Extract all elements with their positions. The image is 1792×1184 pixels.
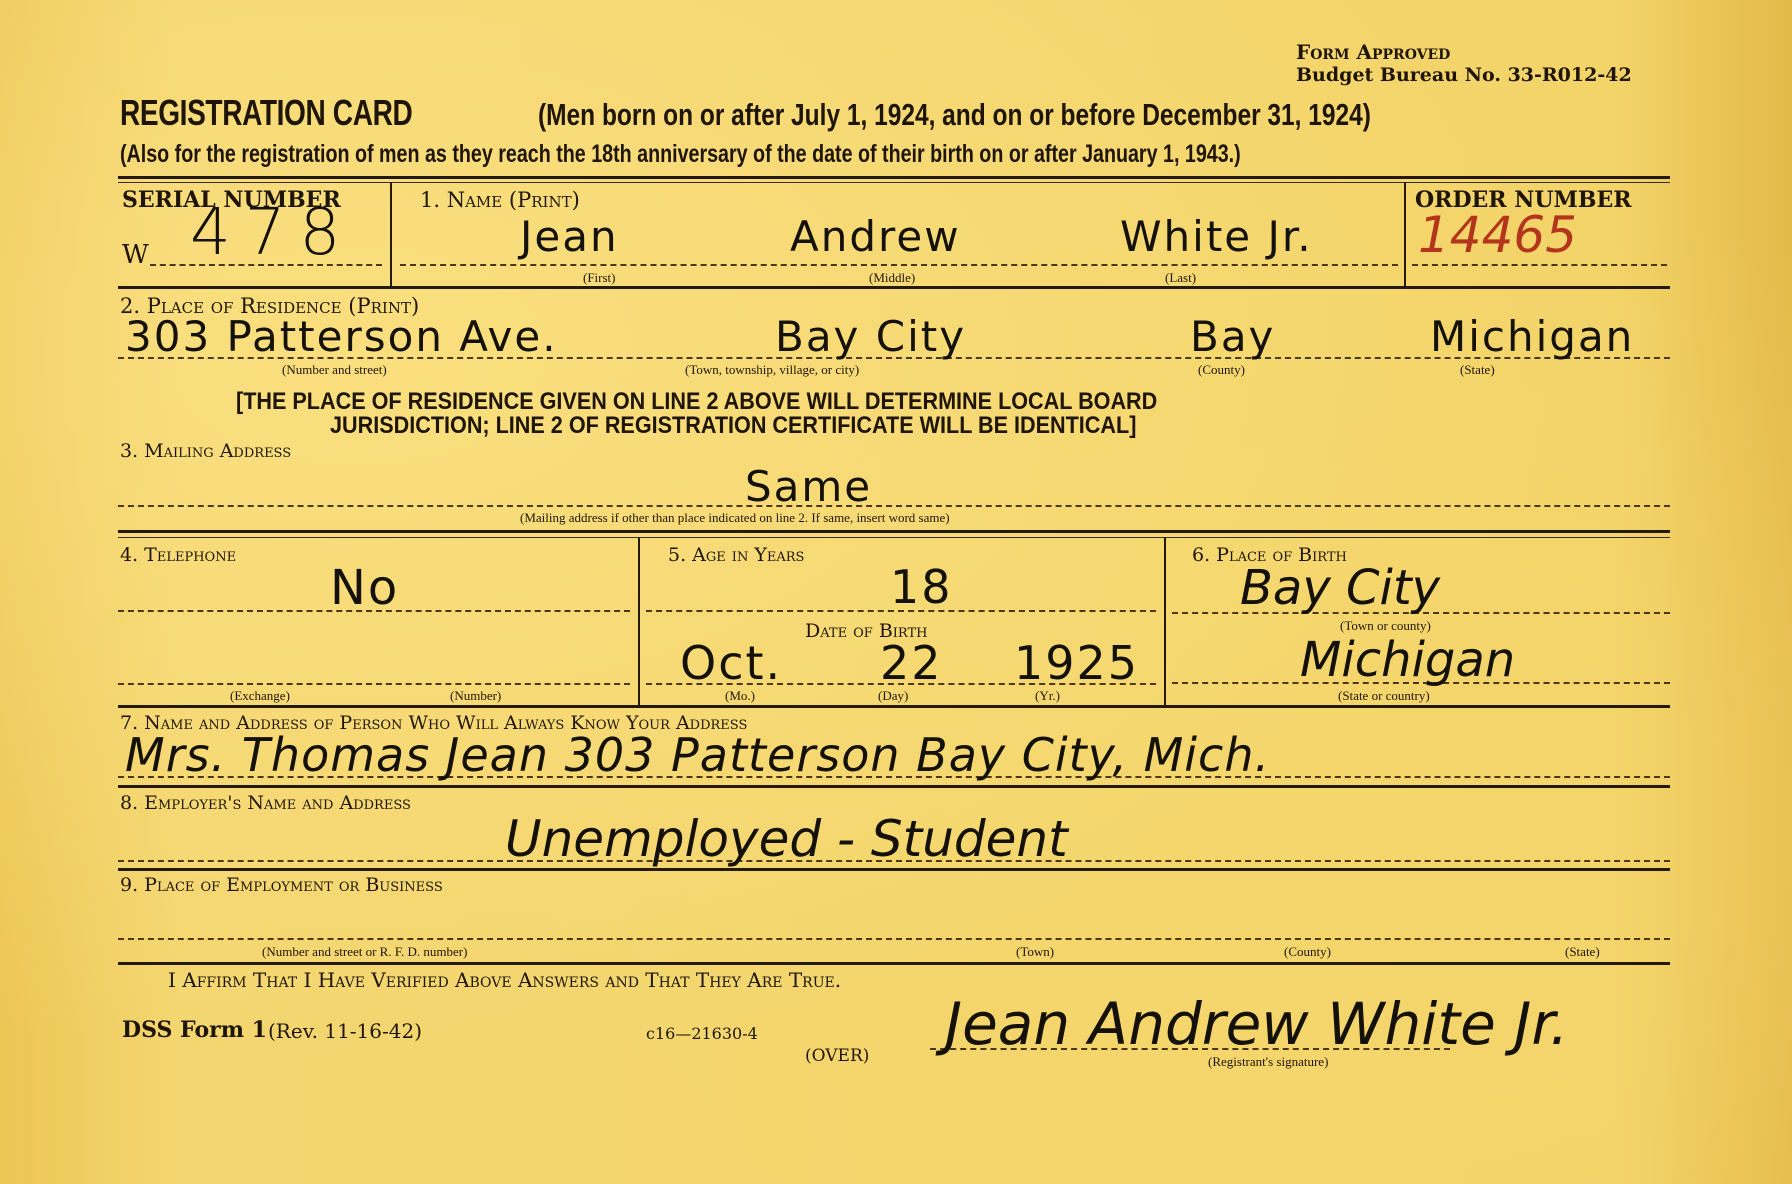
divider — [390, 182, 392, 287]
divider — [1404, 182, 1406, 287]
title-qualifier: (Men born on or after July 1, 1924, and … — [538, 97, 1371, 133]
number-caption: (Number) — [450, 688, 501, 704]
state-caption: (State) — [1460, 362, 1495, 378]
print-code: c16—21630-4 — [646, 1024, 758, 1043]
employment-state-caption: (State) — [1565, 944, 1600, 960]
telephone-value[interactable]: No — [330, 560, 399, 616]
page-title: REGISTRATION CARD — [120, 92, 412, 134]
signature-caption: (Registrant's signature) — [1208, 1054, 1328, 1070]
form-id: DSS Form 1 — [122, 1017, 267, 1043]
birth-town-value[interactable]: Bay City — [1240, 560, 1440, 616]
telephone-label: 4. Telephone — [120, 544, 236, 566]
middle-name-value[interactable]: Andrew — [790, 212, 961, 261]
residence-state-value[interactable]: Michigan — [1430, 312, 1634, 361]
mailing-address-caption: (Mailing address if other than place ind… — [520, 510, 950, 526]
serial-prefix: W — [122, 240, 149, 270]
age-label: 5. Age in Years — [668, 544, 804, 566]
affirmation-statement: I Affirm That I Have Verified Above Answ… — [168, 968, 841, 992]
contact-person-value[interactable]: Mrs. Thomas Jean 303 Patterson Bay City,… — [125, 728, 1270, 782]
form-revision: (Rev. 11-16-42) — [268, 1019, 422, 1043]
employment-county-caption: (County) — [1284, 944, 1331, 960]
street-caption: (Number and street) — [282, 362, 387, 378]
form-approved-label: Form Approved — [1296, 40, 1450, 64]
dob-year-value[interactable]: 1925 — [1014, 636, 1139, 690]
residence-city-value[interactable]: Bay City — [775, 312, 966, 361]
over-label: (OVER) — [805, 1046, 869, 1066]
birth-state-caption: (State or country) — [1338, 688, 1430, 704]
serial-number-value[interactable]: 478 — [190, 196, 354, 270]
registrant-signature[interactable]: Jean Andrew White Jr. — [945, 990, 1568, 1058]
name-label: 1. Name (Print) — [420, 188, 580, 212]
employer-label: 8. Employer's Name and Address — [120, 792, 411, 814]
residence-county-value[interactable]: Bay — [1190, 312, 1275, 361]
residence-street-value[interactable]: 303 Patterson Ave. — [125, 312, 558, 361]
place-of-employment-label: 9. Place of Employment or Business — [120, 874, 443, 896]
order-number-value[interactable]: 14465 — [1418, 206, 1577, 264]
divider — [1164, 538, 1166, 706]
day-caption: (Day) — [878, 688, 908, 704]
city-caption: (Town, township, village, or city) — [685, 362, 859, 378]
age-value[interactable]: 18 — [890, 560, 953, 614]
last-caption: (Last) — [1165, 270, 1196, 286]
first-name-value[interactable]: Jean — [520, 212, 619, 261]
mailing-address-value[interactable]: Same — [745, 462, 872, 511]
county-caption: (County) — [1198, 362, 1245, 378]
year-caption: (Yr.) — [1035, 688, 1060, 704]
subtitle: (Also for the registration of men as the… — [120, 140, 1241, 169]
mailing-address-label: 3. Mailing Address — [120, 440, 291, 462]
dob-month-value[interactable]: Oct. — [680, 636, 782, 690]
middle-caption: (Middle) — [869, 270, 915, 286]
last-name-value[interactable]: White Jr. — [1120, 212, 1313, 261]
first-caption: (First) — [583, 270, 616, 286]
dob-day-value[interactable]: 22 — [880, 636, 943, 690]
employment-street-caption: (Number and street or R. F. D. number) — [262, 944, 467, 960]
employment-town-caption: (Town) — [1016, 944, 1054, 960]
budget-bureau-number: Budget Bureau No. 33-R012-42 — [1296, 64, 1632, 86]
exchange-caption: (Exchange) — [230, 688, 290, 704]
month-caption: (Mo.) — [725, 688, 755, 704]
divider — [638, 538, 640, 706]
employer-value[interactable]: Unemployed - Student — [505, 810, 1068, 868]
birth-state-value[interactable]: Michigan — [1300, 632, 1515, 688]
residence-notice-line2: JURISDICTION; LINE 2 OF REGISTRATION CER… — [330, 412, 1136, 440]
